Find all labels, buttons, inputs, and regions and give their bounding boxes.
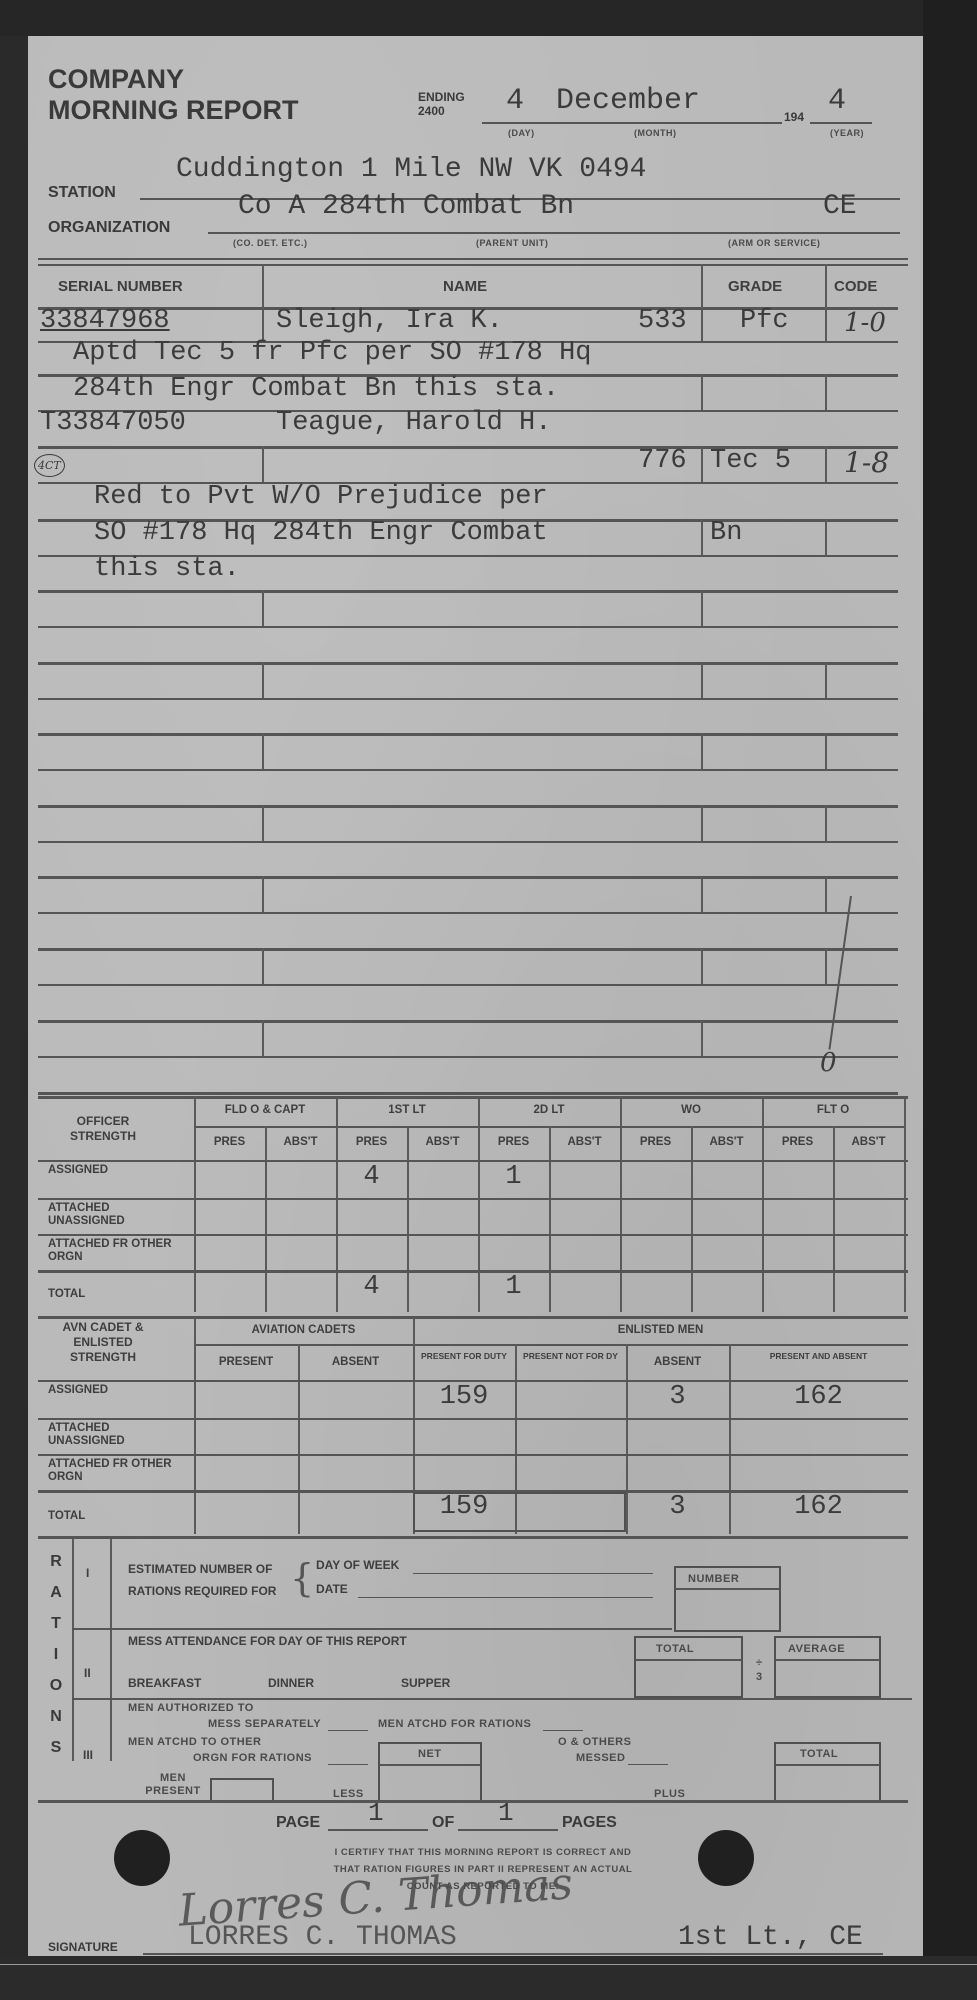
col-divider — [701, 519, 703, 555]
page-label: PAGE — [276, 1814, 320, 1832]
men-atchd-rations-label: MEN ATCHD FOR RATIONS — [378, 1718, 531, 1730]
officer-row-label: ATTACHED UNASSIGNED — [48, 1202, 178, 1228]
col-divider — [262, 876, 264, 912]
form-title: COMPANY MORNING REPORT — [48, 64, 299, 126]
col-divider — [701, 590, 703, 626]
col-divider — [110, 1539, 112, 1761]
ending-text: ENDING — [418, 90, 465, 104]
rule — [38, 1270, 908, 1273]
col-divider — [691, 1126, 693, 1312]
men-atchd-other-label: MEN ATCHD TO OTHER — [128, 1736, 261, 1748]
officer-group-header: FLD O & CAPT — [194, 1104, 336, 1116]
section-i-text: ESTIMATED NUMBER OF RATIONS REQUIRED FOR — [128, 1558, 276, 1602]
entry-remark-1a: Aptd Tec 5 fr Pfc per SO #178 Hq — [73, 338, 591, 368]
year-underline — [810, 122, 872, 124]
entry-name-1: Sleigh, Ira K. — [276, 306, 503, 336]
signature-label: SIGNATURE — [48, 1940, 118, 1954]
rule — [38, 733, 898, 736]
rule — [38, 590, 898, 593]
col-divider — [701, 374, 703, 410]
total-iii-label: TOTAL — [800, 1748, 838, 1760]
col-serial-number: SERIAL NUMBER — [58, 278, 183, 295]
officer-group-header: WO — [620, 1104, 762, 1116]
rule — [38, 1160, 908, 1162]
col-divider — [825, 733, 827, 769]
col-divider — [825, 662, 827, 698]
col-divider — [825, 805, 827, 841]
rule — [38, 1234, 908, 1236]
officer-cell: 1 — [478, 1272, 549, 1302]
officer-subcol-header: ABS'T — [265, 1136, 336, 1148]
net-label: NET — [418, 1748, 442, 1760]
page-number: 1 — [368, 1798, 384, 1828]
rule — [72, 1628, 672, 1630]
rule — [38, 841, 898, 843]
officer-subcol-header: ABS'T — [407, 1136, 478, 1148]
col-divider — [701, 733, 703, 769]
total-pages: 1 — [498, 1798, 514, 1828]
pages-label: PAGES — [562, 1814, 617, 1832]
rule — [38, 876, 898, 879]
rations-letter: I — [46, 1639, 66, 1670]
rule — [38, 1454, 908, 1456]
year-prefix: 194 — [784, 110, 804, 124]
mess-separately-label: MESS SEPARATELY — [208, 1718, 321, 1730]
orgn-rations-label: ORGN FOR RATIONS — [193, 1752, 312, 1764]
rations-letter: A — [46, 1577, 66, 1608]
col-divider — [72, 1539, 74, 1761]
enlisted-strength-title: AVN CADET & ENLISTED STRENGTH — [48, 1320, 158, 1365]
col-divider — [262, 307, 264, 341]
enlisted-subcol-header: ABSENT — [298, 1356, 413, 1369]
scan-border-right — [923, 0, 977, 2000]
col-divider — [194, 1318, 196, 1534]
enlisted-cell: 3 — [626, 1382, 729, 1412]
officer-subcol-header: PRES — [478, 1136, 549, 1148]
report-day: 4 — [506, 84, 524, 118]
rule — [636, 1659, 741, 1661]
org-caption-arm: (ARM OR SERVICE) — [728, 238, 820, 248]
blank-line — [543, 1730, 583, 1731]
entry-remark-2a: Red to Pvt W/O Prejudice per — [94, 482, 548, 512]
blank-line — [628, 1764, 668, 1765]
rule — [38, 698, 898, 700]
entry-remark-2c: this sta. — [94, 554, 240, 584]
breakfast-label: BREAKFAST — [128, 1676, 201, 1690]
entry-remark-1b: 284th Engr Combat Bn this sta. — [73, 374, 559, 404]
col-divider — [825, 446, 827, 482]
enlisted-row-label: TOTAL — [48, 1510, 178, 1523]
officer-subcol-header: ABS'T — [691, 1136, 762, 1148]
rule — [38, 1056, 898, 1058]
rule — [38, 984, 898, 986]
blank-line — [328, 1730, 368, 1731]
rations-letter: N — [46, 1701, 66, 1732]
supper-label: SUPPER — [401, 1676, 450, 1690]
rule — [38, 1536, 908, 1539]
entry-code-2: 1-8 — [844, 446, 889, 479]
scan-border-top — [0, 0, 977, 36]
officer-row-label: TOTAL — [48, 1288, 178, 1301]
average-label: AVERAGE — [788, 1643, 845, 1655]
entry-remark-2b: SO #178 Hq 284th Engr Combat — [94, 518, 548, 548]
report-year: 4 — [828, 84, 846, 118]
col-divider — [262, 446, 264, 482]
rule — [38, 1800, 908, 1803]
col-divider — [620, 1098, 622, 1312]
rule — [38, 626, 898, 628]
enlisted-cell: 3 — [626, 1492, 729, 1522]
col-divider — [701, 948, 703, 984]
section-i: I — [86, 1566, 89, 1580]
enlisted-cell: 159 — [413, 1382, 515, 1412]
year-caption: (YEAR) — [830, 128, 864, 138]
col-divider — [701, 264, 703, 307]
rule — [38, 805, 898, 808]
col-divider — [262, 590, 264, 626]
officer-cell: 1 — [478, 1162, 549, 1192]
organization-label: ORGANIZATION — [48, 219, 170, 237]
organization-value: Co A 284th Combat Bn — [238, 191, 574, 222]
rations-letter: T — [46, 1608, 66, 1639]
rations-letter: R — [46, 1546, 66, 1577]
col-divider — [194, 1098, 196, 1312]
rations-letter: O — [46, 1670, 66, 1701]
section-ii: II — [84, 1666, 91, 1680]
men-present-box[interactable] — [210, 1778, 274, 1800]
officer-cell: 4 — [336, 1272, 407, 1302]
rule — [38, 912, 898, 914]
signer-grade-arm: 1st Lt., CE — [678, 1922, 863, 1953]
organization-underline — [208, 232, 900, 234]
col-divider — [262, 662, 264, 698]
less-label: LESS — [333, 1788, 364, 1800]
officer-subcol-header: ABS'T — [833, 1136, 904, 1148]
pencil-mark: 0 — [820, 1048, 837, 1078]
rule — [38, 662, 898, 665]
rule — [38, 1020, 898, 1023]
rule — [194, 1344, 908, 1346]
day-of-week-line — [413, 1573, 653, 1574]
col-divider — [701, 805, 703, 841]
col-divider — [407, 1126, 409, 1312]
signature-line — [143, 1953, 883, 1955]
col-divider — [262, 948, 264, 984]
rule — [38, 1418, 908, 1420]
col-divider — [701, 307, 703, 341]
margin-annotation: 4CT — [34, 454, 65, 477]
title-line-1: COMPANY — [48, 64, 299, 95]
rule — [38, 1096, 908, 1099]
page-line — [328, 1829, 428, 1831]
rule — [72, 1698, 912, 1700]
enlisted-cell: 162 — [729, 1492, 908, 1522]
blank-line — [328, 1764, 368, 1765]
enlisted-group-header: ENLISTED MEN — [413, 1324, 908, 1336]
col-code: CODE — [834, 278, 877, 295]
col-divider — [701, 446, 703, 482]
entry-mos-1: 533 — [638, 306, 687, 336]
binder-hole-left — [114, 1830, 170, 1886]
entry-mos-2: 776 — [638, 446, 687, 476]
total-highlight-box — [413, 1492, 626, 1532]
enlisted-row-label: ATTACHED UNASSIGNED — [48, 1422, 178, 1448]
officer-strength-title: OFFICER STRENGTH — [48, 1114, 158, 1144]
col-divider — [265, 1126, 267, 1312]
col-divider — [825, 876, 827, 912]
org-caption-co: (CO. DET. ETC.) — [233, 238, 308, 248]
ending-time: 2400 — [418, 104, 465, 118]
enlisted-row-label: ATTACHED FR OTHER ORGN — [48, 1458, 178, 1484]
enlisted-subcol-header: PRESENT AND ABSENT — [729, 1350, 908, 1363]
date-line — [358, 1597, 653, 1598]
enlisted-subcol-header: PRESENT — [194, 1356, 298, 1369]
rule — [38, 258, 908, 260]
entry-remark-2b-grade: Bn — [710, 518, 742, 548]
divide-by-three: ÷ 3 — [756, 1656, 766, 1684]
col-divider — [701, 662, 703, 698]
rule — [38, 264, 908, 266]
col-divider — [701, 876, 703, 912]
col-divider — [701, 1020, 703, 1056]
men-authorized-label: MEN AUTHORIZED TO — [128, 1702, 254, 1714]
rule — [38, 1092, 898, 1095]
station-value: Cuddington 1 Mile NW VK 0494 — [176, 154, 646, 185]
rations-text-2: RATIONS REQUIRED FOR — [128, 1580, 276, 1602]
total-pages-line — [458, 1829, 558, 1831]
scan-scratch — [0, 1964, 977, 1965]
day-caption: (DAY) — [508, 128, 535, 138]
col-divider — [262, 805, 264, 841]
col-divider — [262, 1020, 264, 1056]
pencil-stroke — [828, 896, 851, 1050]
entry-serial-2: T33847050 — [40, 408, 186, 438]
rule — [380, 1764, 480, 1766]
col-divider — [833, 1126, 835, 1312]
rule — [38, 1316, 908, 1319]
col-divider — [549, 1126, 551, 1312]
entry-grade-2: Tec 5 — [710, 446, 791, 476]
mess-attendance-label: MESS ATTENDANCE FOR DAY OF THIS REPORT — [128, 1634, 407, 1648]
ending-label: ENDING 2400 — [418, 90, 465, 118]
officer-cell: 4 — [336, 1162, 407, 1192]
day-of-week-label: DAY OF WEEK — [316, 1558, 399, 1572]
messed-label: MESSED — [576, 1752, 625, 1764]
rule — [776, 1659, 879, 1661]
rule — [776, 1764, 879, 1766]
officer-group-header: 2D LT — [478, 1104, 620, 1116]
rule — [38, 1198, 908, 1200]
arm-of-service-value: CE — [823, 191, 857, 222]
officer-subcol-header: PRES — [194, 1136, 265, 1148]
col-divider — [762, 1098, 764, 1312]
of-label: OF — [432, 1814, 454, 1832]
o-others-label: O & OTHERS — [558, 1736, 631, 1748]
col-divider — [825, 374, 827, 410]
rations-text-1: ESTIMATED NUMBER OF — [128, 1558, 276, 1580]
rule — [38, 948, 898, 951]
col-divider — [825, 264, 827, 307]
org-caption-parent: (PARENT UNIT) — [476, 238, 548, 248]
number-label: NUMBER — [688, 1573, 739, 1585]
section-iii: III — [83, 1748, 93, 1762]
enlisted-subcol-header: PRESENT FOR DUTY — [413, 1350, 515, 1363]
rule — [676, 1588, 779, 1590]
col-divider — [298, 1344, 300, 1534]
col-divider — [262, 264, 264, 307]
entry-serial-1: 33847968 — [40, 306, 170, 336]
date-underline — [482, 122, 782, 124]
scan-border-bottom — [0, 1956, 977, 2000]
brace-icon: { — [290, 1556, 314, 1600]
rule — [38, 769, 898, 771]
col-grade: GRADE — [728, 278, 782, 295]
officer-row-label: ATTACHED FR OTHER ORGN — [48, 1238, 178, 1264]
certify-line-1: I CERTIFY THAT THIS MORNING REPORT IS CO… — [253, 1844, 713, 1861]
signer-name: LORRES C. THOMAS — [188, 1922, 457, 1953]
entry-name-2: Teague, Harold H. — [276, 408, 551, 438]
rations-side-label: RATIONS — [46, 1546, 66, 1763]
plus-label: PLUS — [654, 1788, 685, 1800]
dinner-label: DINNER — [268, 1676, 314, 1690]
report-month: December — [556, 84, 700, 118]
col-name: NAME — [443, 278, 487, 295]
date-label: DATE — [316, 1582, 348, 1596]
enlisted-subcol-header: PRESENT NOT FOR DY — [515, 1350, 626, 1363]
col-divider — [825, 948, 827, 984]
mess-total-label: TOTAL — [656, 1643, 694, 1655]
officer-row-label: ASSIGNED — [48, 1164, 178, 1177]
col-divider — [904, 1098, 906, 1312]
station-label: STATION — [48, 184, 116, 202]
officer-subcol-header: PRES — [620, 1136, 691, 1148]
col-divider — [262, 733, 264, 769]
enlisted-cell: 162 — [729, 1382, 908, 1412]
col-divider — [825, 519, 827, 555]
title-line-2: MORNING REPORT — [48, 95, 299, 126]
entry-code-1: 1-0 — [844, 308, 886, 338]
cadets-group-header: AVIATION CADETS — [194, 1324, 413, 1336]
morning-report-form: COMPANY MORNING REPORT ENDING 2400 4 Dec… — [28, 36, 923, 1956]
col-divider — [825, 307, 827, 341]
officer-group-header: 1ST LT — [336, 1104, 478, 1116]
officer-subcol-header: PRES — [336, 1136, 407, 1148]
officer-group-header: FLT O — [762, 1104, 904, 1116]
officer-subcol-header: PRES — [762, 1136, 833, 1148]
officer-subcol-header: ABS'T — [549, 1136, 620, 1148]
enlisted-subcol-header: ABSENT — [626, 1356, 729, 1369]
month-caption: (MONTH) — [634, 128, 677, 138]
men-present-label: MEN PRESENT — [138, 1772, 208, 1798]
rations-letter: S — [46, 1732, 66, 1763]
enlisted-row-label: ASSIGNED — [48, 1384, 178, 1397]
entry-grade-1: Pfc — [740, 306, 789, 336]
